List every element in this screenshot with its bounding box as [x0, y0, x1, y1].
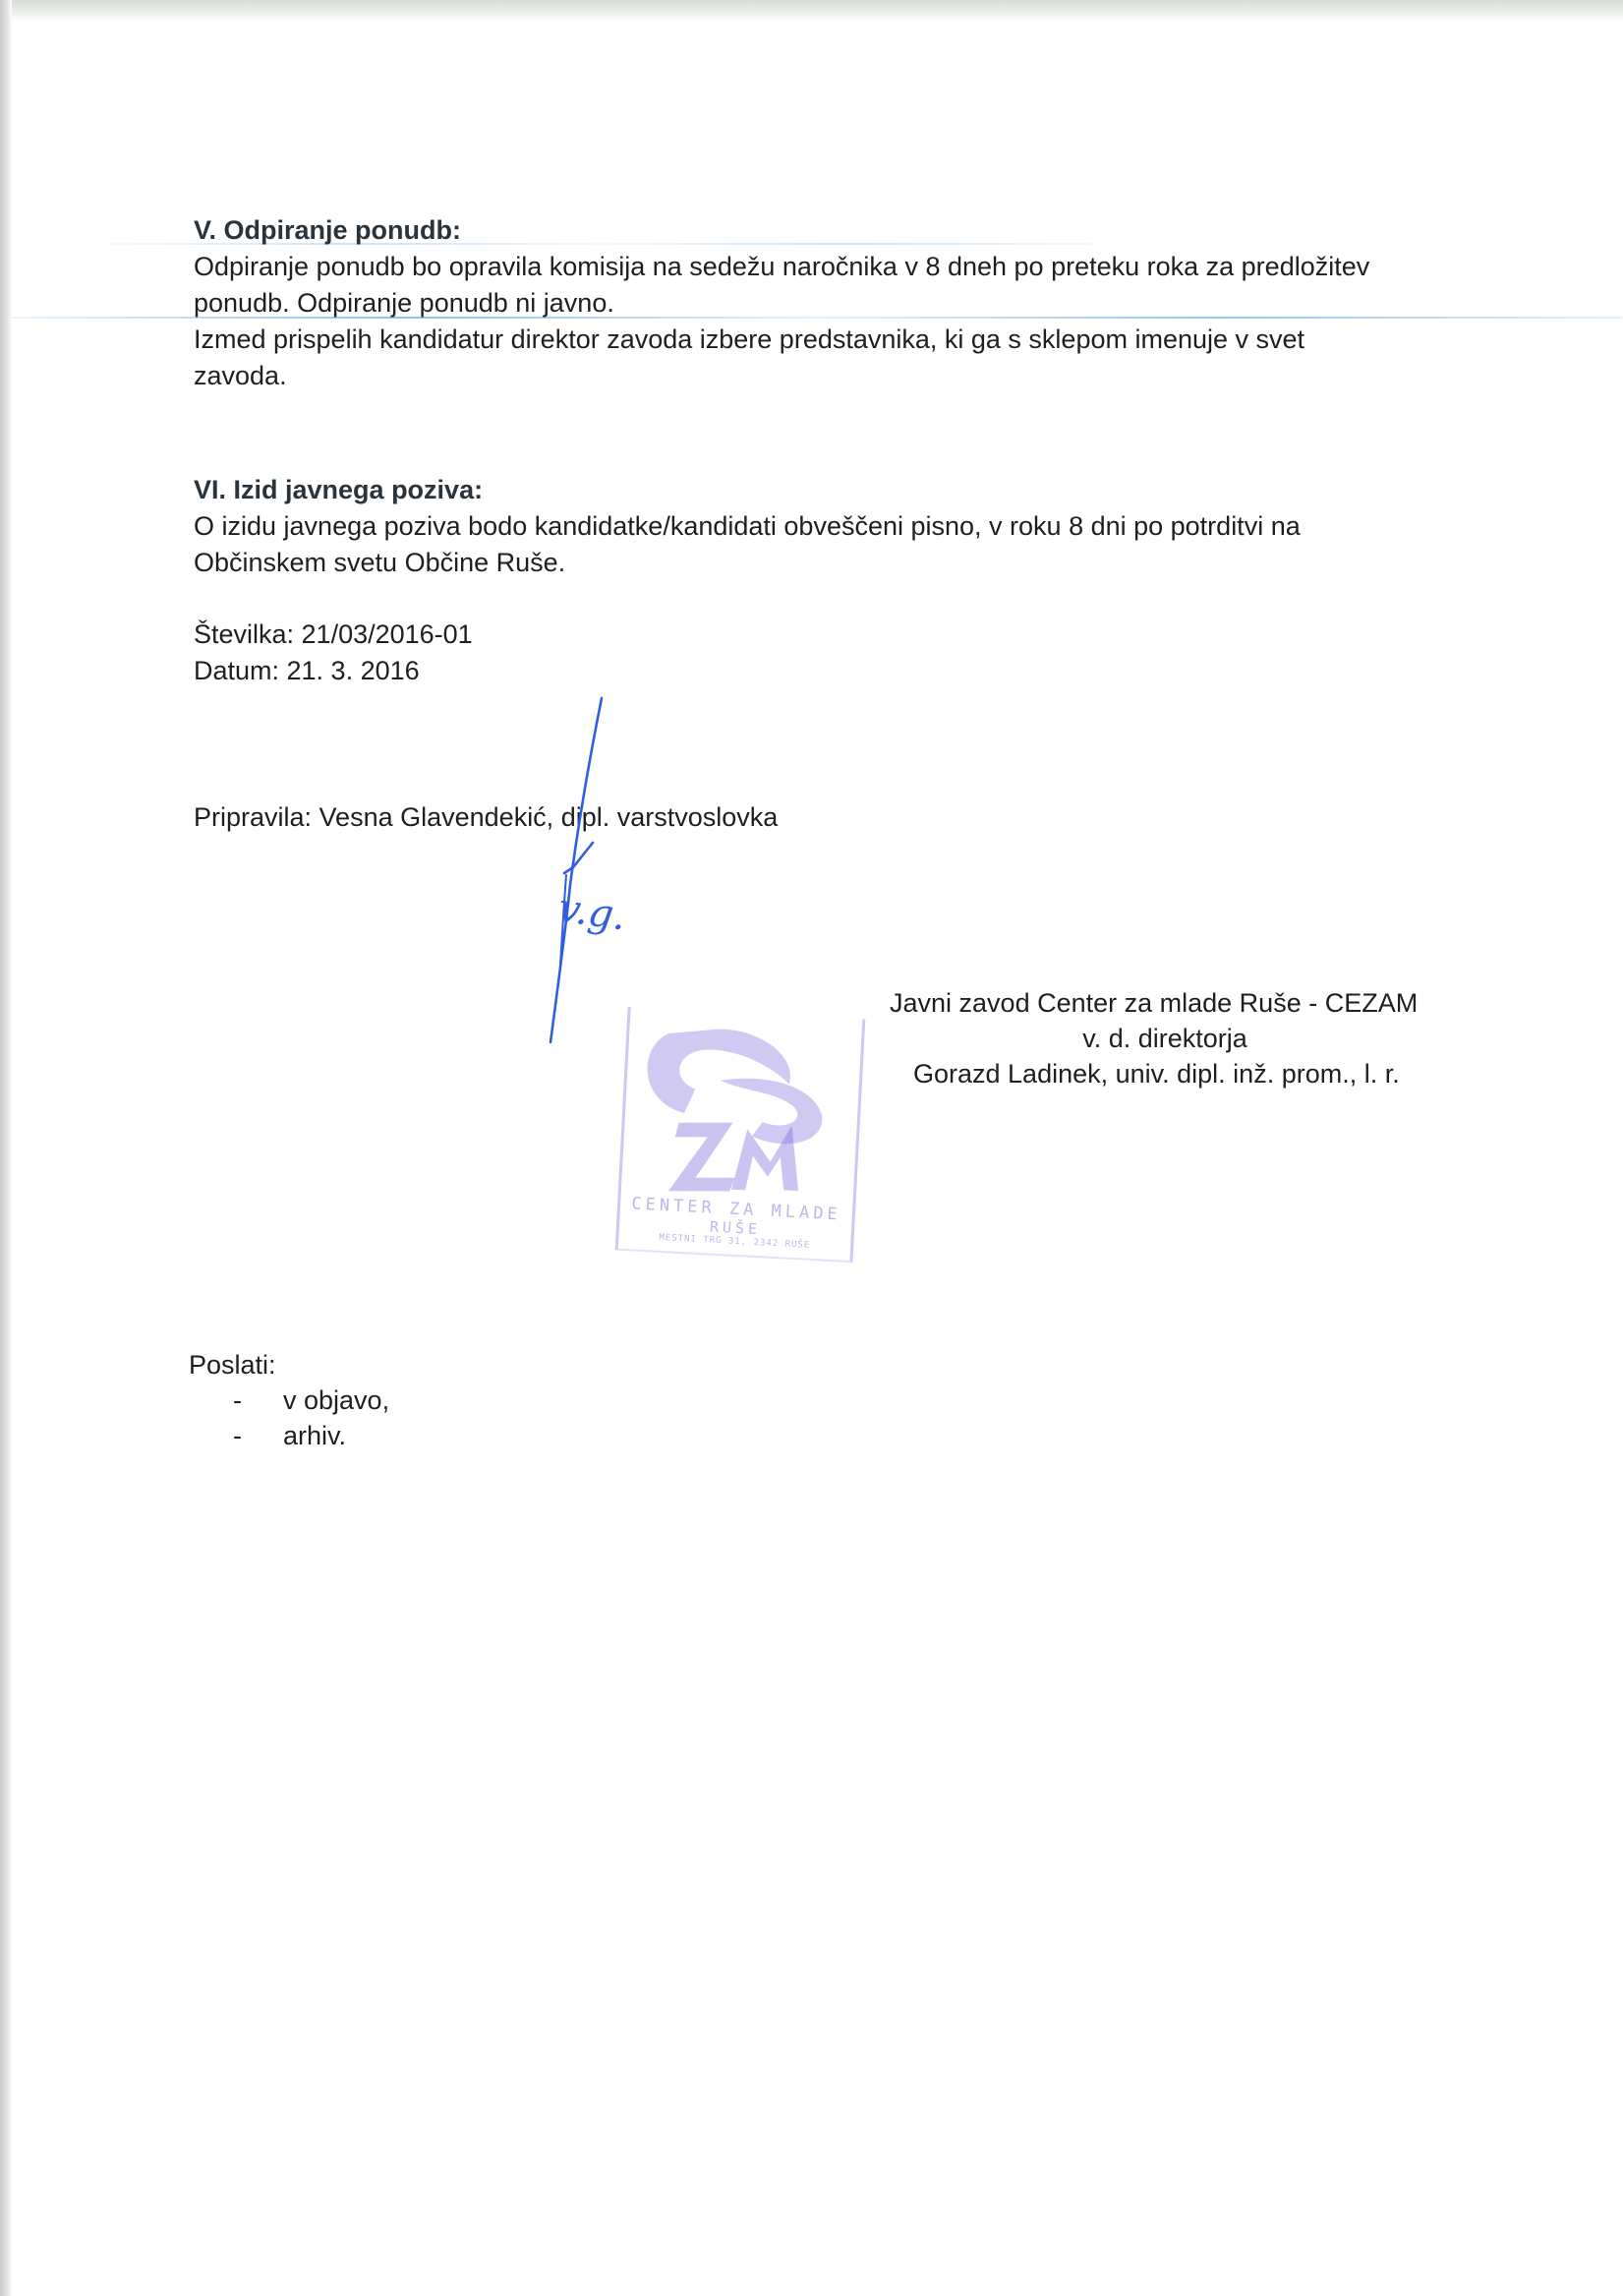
scan-edge-top	[0, 0, 1623, 22]
section-v-heading: V. Odpiranje ponudb:	[194, 212, 1437, 249]
section-vi: VI. Izid javnega poziva: O izidu javnega…	[194, 472, 1437, 581]
scan-edge-left	[0, 0, 12, 2296]
section-v-paragraph1-line1: Odpiranje ponudb bo opravila komisija na…	[194, 249, 1437, 285]
list-item-text: arhiv.	[283, 1421, 346, 1450]
section-v-paragraph2-line2: zavoda.	[194, 358, 1437, 394]
scanned-document-page: V. Odpiranje ponudb: Odpiranje ponudb bo…	[0, 0, 1623, 2296]
signatory-name: Gorazd Ladinek, univ. dipl. inž. prom., …	[890, 1056, 1440, 1091]
official-stamp: CENTER ZA MLADE RUŠE MESTNI TRG 31, 2342…	[615, 1007, 866, 1263]
signatory-institution: Javni zavod Center za mlade Ruše - CEZAM	[890, 985, 1440, 1021]
section-vi-heading: VI. Izid javnega poziva:	[194, 472, 1437, 508]
prepared-by-block: Pripravila: Vesna Glavendekić, dipl. var…	[194, 799, 1437, 836]
section-v-paragraph1-line2: ponudb. Odpiranje ponudb ni javno.	[194, 285, 1437, 322]
list-item: - v objavo,	[189, 1383, 389, 1418]
document-date: Datum: 21. 3. 2016	[194, 653, 1437, 689]
list-dash: -	[233, 1418, 242, 1453]
handwritten-signature-icon	[492, 688, 688, 1062]
section-v: V. Odpiranje ponudb: Odpiranje ponudb bo…	[194, 212, 1437, 394]
document-number: Številka: 21/03/2016-01	[194, 617, 1437, 653]
list-item: - arhiv.	[189, 1418, 389, 1453]
distribution-label: Poslati:	[189, 1347, 389, 1383]
signatory-role: v. d. direktorja	[890, 1021, 1440, 1056]
section-vi-paragraph-line1: O izidu javnega poziva bodo kandidatke/k…	[194, 508, 1437, 545]
handwritten-initials: v.g.	[555, 885, 629, 939]
list-item-text: v objavo,	[283, 1385, 389, 1415]
prepared-by: Pripravila: Vesna Glavendekić, dipl. var…	[194, 799, 1437, 836]
section-v-paragraph2-line1: Izmed prispelih kandidatur direktor zavo…	[194, 322, 1437, 358]
distribution-list: Poslati: - v objavo, - arhiv.	[189, 1347, 389, 1453]
list-dash: -	[233, 1383, 242, 1418]
section-vi-paragraph-line2: Občinskem svetu Občine Ruše.	[194, 545, 1437, 581]
signatory-block: Javni zavod Center za mlade Ruše - CEZAM…	[890, 985, 1440, 1091]
reference-block: Številka: 21/03/2016-01 Datum: 21. 3. 20…	[194, 617, 1437, 689]
